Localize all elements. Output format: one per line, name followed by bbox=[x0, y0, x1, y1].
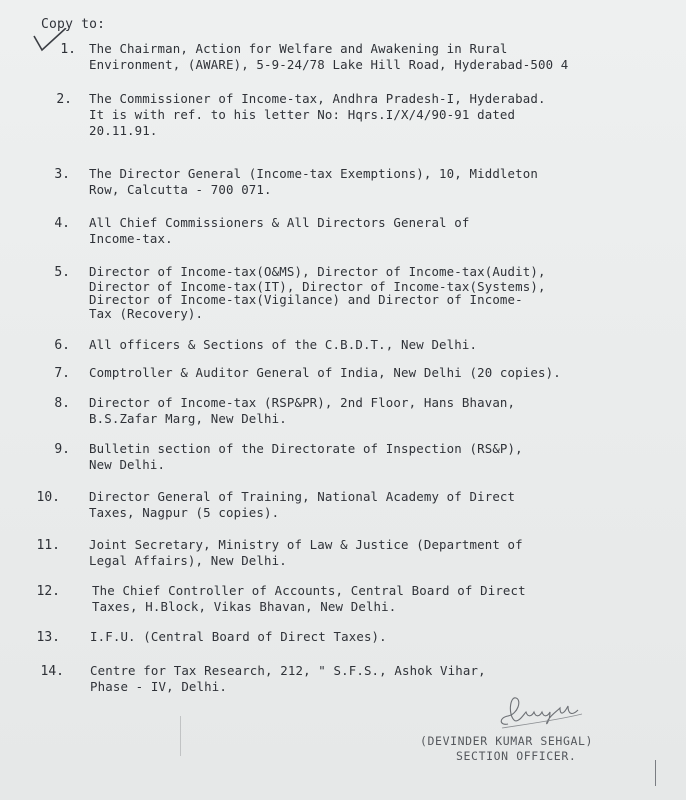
address-line: Phase - IV, Delhi. bbox=[90, 679, 686, 695]
address-line: Tax (Recovery). bbox=[89, 306, 686, 322]
item-number: 6. bbox=[40, 338, 70, 353]
item-number: 13. bbox=[30, 630, 60, 645]
recipient-address: The Chairman, Action for Welfare and Awa… bbox=[89, 41, 686, 73]
item-number: 2. bbox=[42, 92, 72, 107]
address-line: The Commissioner of Income-tax, Andhra P… bbox=[89, 91, 686, 107]
address-line: It is with ref. to his letter No: Hqrs.I… bbox=[89, 107, 686, 123]
address-line: The Chairman, Action for Welfare and Awa… bbox=[89, 41, 686, 57]
recipient-address: I.F.U. (Central Board of Direct Taxes). bbox=[90, 629, 686, 645]
recipient-address: Bulletin section of the Directorate of I… bbox=[89, 441, 686, 473]
item-number: 8. bbox=[40, 396, 70, 411]
item-number: 9. bbox=[40, 442, 70, 457]
address-line: Legal Affairs), New Delhi. bbox=[89, 553, 686, 569]
item-number: 3. bbox=[40, 167, 70, 182]
recipient-address: The Chief Controller of Accounts, Centra… bbox=[92, 583, 686, 615]
address-line: Row, Calcutta - 700 071. bbox=[89, 182, 686, 198]
address-line: Director of Income-tax (RSP&PR), 2nd Flo… bbox=[89, 395, 686, 411]
recipient-address: Director General of Training, National A… bbox=[89, 489, 686, 521]
address-line: Income-tax. bbox=[89, 231, 686, 247]
signatory-name: (DEVINDER KUMAR SEHGAL) bbox=[420, 734, 593, 748]
address-line: Taxes, Nagpur (5 copies). bbox=[89, 505, 686, 521]
recipient-address: Comptroller & Auditor General of India, … bbox=[89, 365, 686, 381]
handwritten-signature bbox=[478, 696, 598, 730]
item-number: 10. bbox=[30, 490, 60, 505]
item-number: 11. bbox=[30, 538, 60, 553]
address-line: Taxes, H.Block, Vikas Bhavan, New Delhi. bbox=[92, 599, 686, 615]
address-line: The Chief Controller of Accounts, Centra… bbox=[92, 583, 686, 599]
address-line: The Director General (Income-tax Exempti… bbox=[89, 166, 686, 182]
item-number: 4. bbox=[40, 216, 70, 231]
item-number: 5. bbox=[40, 265, 70, 280]
recipient-address: Director of Income-tax(O&MS), Director o… bbox=[89, 264, 686, 322]
item-number: 7. bbox=[40, 366, 70, 381]
recipient-address: Joint Secretary, Ministry of Law & Justi… bbox=[89, 537, 686, 569]
address-line: Centre for Tax Research, 212, " S.F.S., … bbox=[90, 663, 686, 679]
address-line: Director General of Training, National A… bbox=[89, 489, 686, 505]
recipient-address: The Director General (Income-tax Exempti… bbox=[89, 166, 686, 198]
item-number: 1. bbox=[46, 42, 76, 57]
signatory-title: SECTION OFFICER. bbox=[456, 749, 576, 763]
address-line: New Delhi. bbox=[89, 457, 686, 473]
address-line: Joint Secretary, Ministry of Law & Justi… bbox=[89, 537, 686, 553]
item-number: 14. bbox=[34, 664, 64, 679]
address-line: Director of Income-tax(O&MS), Director o… bbox=[89, 264, 686, 280]
recipient-address: The Commissioner of Income-tax, Andhra P… bbox=[89, 91, 686, 139]
recipient-address: Director of Income-tax (RSP&PR), 2nd Flo… bbox=[89, 395, 686, 427]
address-line: 20.11.91. bbox=[89, 123, 686, 139]
recipient-address: All Chief Commissioners & All Directors … bbox=[89, 215, 686, 247]
scanned-letter-page: Copy to: 1.The Chairman, Action for Welf… bbox=[0, 0, 686, 800]
address-line: I.F.U. (Central Board of Direct Taxes). bbox=[90, 629, 686, 645]
recipient-address: All officers & Sections of the C.B.D.T.,… bbox=[89, 337, 686, 353]
scan-artifact-line bbox=[655, 760, 656, 786]
address-line: Environment, (AWARE), 5-9-24/78 Lake Hil… bbox=[89, 57, 686, 73]
address-line: Bulletin section of the Directorate of I… bbox=[89, 441, 686, 457]
address-line: All Chief Commissioners & All Directors … bbox=[89, 215, 686, 231]
address-line: Comptroller & Auditor General of India, … bbox=[89, 365, 686, 381]
address-line: All officers & Sections of the C.B.D.T.,… bbox=[89, 337, 686, 353]
scan-artifact-line bbox=[180, 716, 181, 756]
address-line: Director of Income-tax(Vigilance) and Di… bbox=[89, 293, 686, 306]
recipient-address: Centre for Tax Research, 212, " S.F.S., … bbox=[90, 663, 686, 695]
item-number: 12. bbox=[30, 584, 60, 599]
address-line: B.S.Zafar Marg, New Delhi. bbox=[89, 411, 686, 427]
